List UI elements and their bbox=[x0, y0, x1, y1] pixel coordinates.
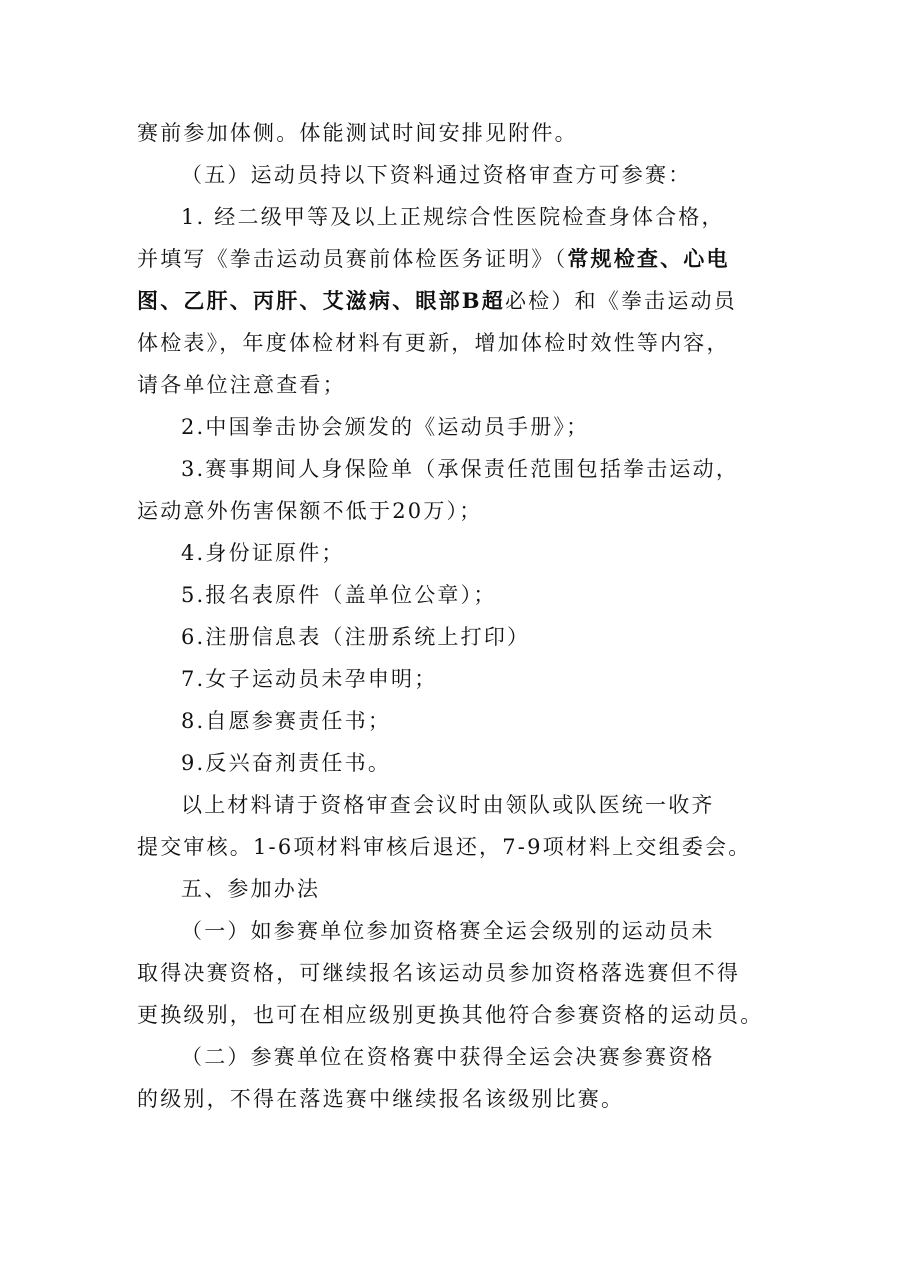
text-line: （二）参赛单位在资格赛中获得全运会决赛参赛资格 bbox=[137, 1036, 767, 1078]
section-heading: 五、参加办法 bbox=[137, 868, 767, 910]
bold-text: 图、乙肝、丙肝、艾滋病、眼部B超 bbox=[137, 288, 505, 313]
text-line: 取得决赛资格，可继续报名该运动员参加资格落选赛但不得 bbox=[137, 952, 767, 994]
text-line: 的级别，不得在落选赛中继续报名该级别比赛。 bbox=[137, 1078, 767, 1120]
text-line: 并填写《拳击运动员赛前体检医务证明》（常规检查、心电 bbox=[137, 238, 767, 280]
list-item-2: 2.中国拳击协会颁发的《运动员手册》； bbox=[137, 406, 767, 448]
text-line: 请各单位注意查看； bbox=[137, 364, 767, 406]
list-item-6: 6.注册信息表（注册系统上打印） bbox=[137, 616, 767, 658]
document-page: 赛前参加体侧。体能测试时间安排见附件。 （五）运动员持以下资料通过资格审查方可参… bbox=[137, 112, 767, 1120]
text-line: 运动意外伤害保额不低于20万）； bbox=[137, 490, 767, 532]
list-item-9: 9.反兴奋剂责任书。 bbox=[137, 742, 767, 784]
list-item-5: 5.报名表原件（盖单位公章）； bbox=[137, 574, 767, 616]
subsection-heading: （五）运动员持以下资料通过资格审查方可参赛： bbox=[137, 154, 767, 196]
text-line: 提交审核。1-6项材料审核后退还，7-9项材料上交组委会。 bbox=[137, 826, 767, 868]
list-item-1: 1. 经二级甲等及以上正规综合性医院检查身体合格， bbox=[137, 196, 767, 238]
text-line: （一）如参赛单位参加资格赛全运会级别的运动员未 bbox=[137, 910, 767, 952]
text-line: 以上材料请于资格审查会议时由领队或队医统一收齐 bbox=[137, 784, 767, 826]
text-line: 图、乙肝、丙肝、艾滋病、眼部B超必检）和《拳击运动员 bbox=[137, 280, 767, 322]
list-item-3: 3.赛事期间人身保险单（承保责任范围包括拳击运动， bbox=[137, 448, 767, 490]
list-item-8: 8.自愿参赛责任书； bbox=[137, 700, 767, 742]
list-item-7: 7.女子运动员未孕申明； bbox=[137, 658, 767, 700]
text-span: 必检）和《拳击运动员 bbox=[505, 289, 737, 313]
text-line: 赛前参加体侧。体能测试时间安排见附件。 bbox=[137, 112, 767, 154]
list-item-4: 4.身份证原件； bbox=[137, 532, 767, 574]
text-line: 体检表》，年度体检材料有更新，增加体检时效性等内容， bbox=[137, 322, 767, 364]
text-span: 并填写《拳击运动员赛前体检医务证明》（ bbox=[137, 247, 567, 271]
bold-text: 常规检查、心电 bbox=[567, 246, 729, 271]
text-line: 更换级别，也可在相应级别更换其他符合参赛资格的运动员。 bbox=[137, 994, 767, 1036]
